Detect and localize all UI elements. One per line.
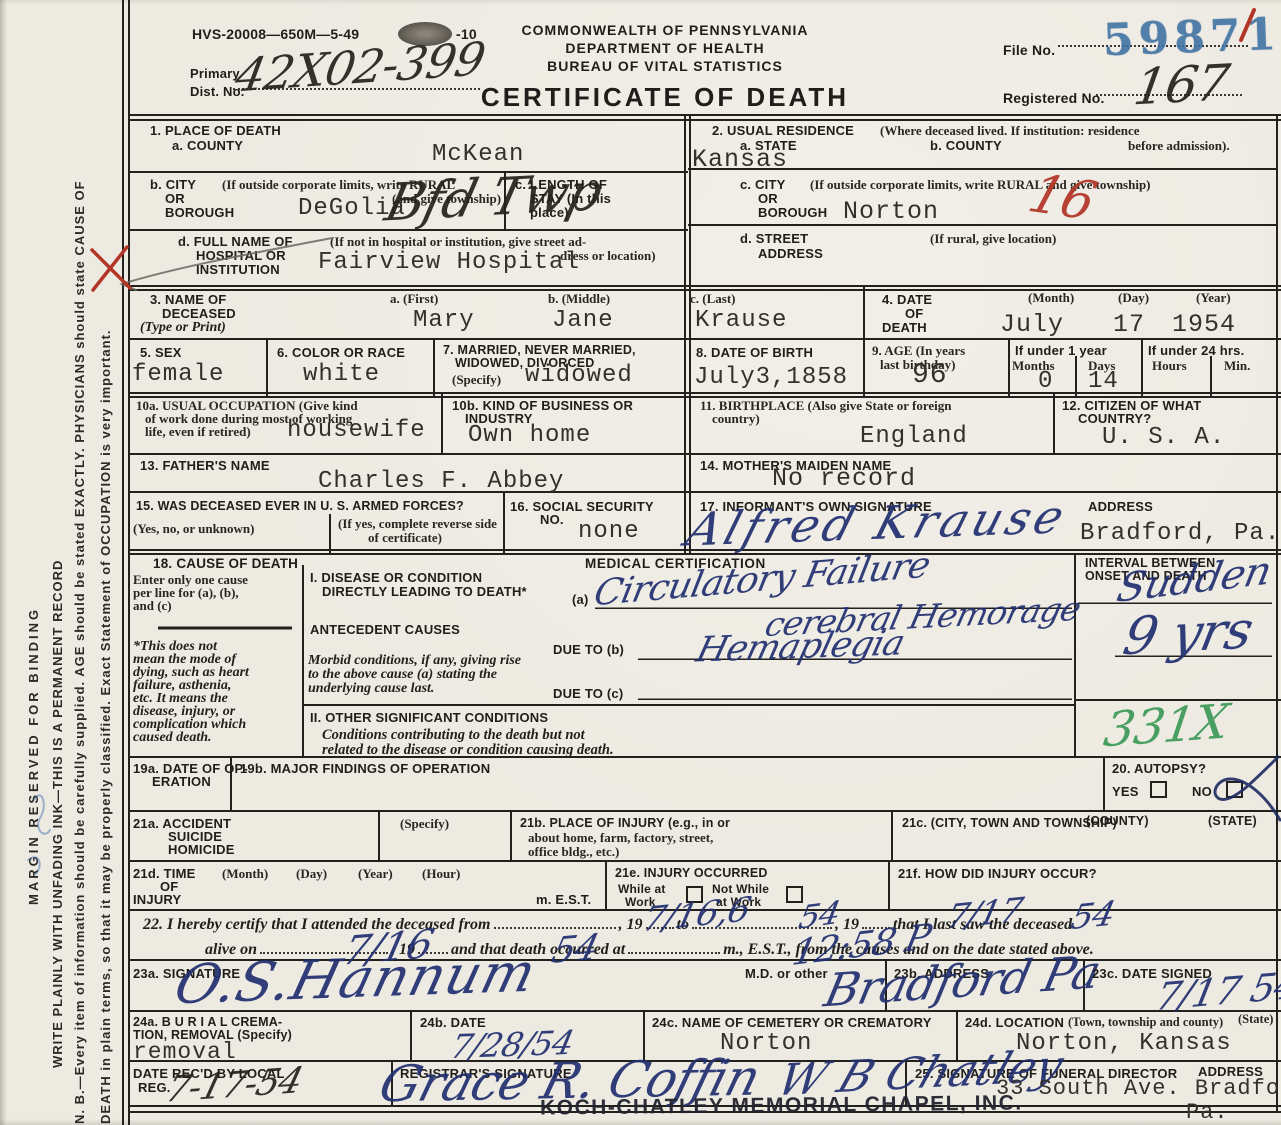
funeral-director-address-line1: 33 South Ave. Bradford, bbox=[996, 1078, 1281, 1100]
primary-label: Primary bbox=[190, 66, 240, 81]
margin-note-binding: MARGIN RESERVED FOR BINDING bbox=[26, 607, 41, 905]
field-21a-specify: (Specify) bbox=[400, 816, 449, 832]
field-2d-label1: d. STREET bbox=[740, 231, 808, 246]
form-code: HVS-20008—650M—5-49 bbox=[192, 26, 359, 43]
field-15-paren1: (Yes, no, or unknown) bbox=[133, 521, 255, 537]
field-16-label1: 16. SOCIAL SECURITY bbox=[510, 499, 654, 514]
field-24d-label: 24d. LOCATION bbox=[965, 1015, 1064, 1030]
date-signed-handwriting: 7/17 54 bbox=[1153, 966, 1281, 1016]
field-3a-value: Mary bbox=[413, 309, 475, 333]
field-9-value: 96 bbox=[912, 362, 948, 390]
field-11-value: England bbox=[860, 425, 968, 449]
field-24d-paren: (Town, township and county) bbox=[1068, 1015, 1223, 1030]
field-19b-label: 19b. MAJOR FINDINGS OF OPERATION bbox=[240, 761, 490, 776]
field-8-label: 8. DATE OF BIRTH bbox=[696, 345, 813, 360]
registered-no-value-handwriting: 167 bbox=[1131, 58, 1232, 113]
field-18-a-label: (a) bbox=[572, 592, 589, 607]
field-1a-value: McKean bbox=[432, 143, 524, 167]
field-13-label: 13. FATHER'S NAME bbox=[140, 458, 270, 473]
margin-note-permanent-record: WRITE PLAINLY WITH UNFADING INK—THIS IS … bbox=[50, 560, 65, 1068]
field-21b-label3: office bldg., etc.) bbox=[528, 844, 619, 860]
field-17-address-value: Bradford, Pa. bbox=[1080, 522, 1280, 546]
field-17-address-label: ADDRESS bbox=[1088, 499, 1153, 514]
due-to-c-label: DUE TO (c) bbox=[553, 686, 623, 701]
red-x-mark bbox=[92, 247, 130, 290]
field-18-i-label2: DIRECTLY LEADING TO DEATH* bbox=[322, 584, 527, 599]
field-21d-label3: INJURY bbox=[133, 892, 181, 907]
field-13-value: Charles F. Abbey bbox=[318, 470, 564, 494]
field-1b-handwriting-overlay: Bfd Twp bbox=[380, 167, 606, 230]
field-3c-value: Krause bbox=[695, 309, 787, 333]
field-21c-state: (STATE) bbox=[1208, 814, 1257, 829]
cause-b2-handwriting: Hemaplegia bbox=[693, 626, 908, 668]
certificate-title: CERTIFICATE OF DEATH bbox=[440, 82, 890, 113]
interval-b-handwriting: 9 yrs bbox=[1119, 605, 1256, 663]
margin-note-nb-line1: N. B.—Every item of information should b… bbox=[72, 180, 87, 1124]
field-21f-label: 21f. HOW DID INJURY OCCUR? bbox=[898, 866, 1097, 881]
field-2d-paren: (If rural, give location) bbox=[930, 231, 1056, 247]
field-2-paren: (Where deceased lived. If institution: r… bbox=[880, 123, 1140, 139]
field-11-label2: country) bbox=[712, 411, 760, 427]
field-5-label: 5. SEX bbox=[140, 345, 182, 360]
field-21d-est: m. E.S.T. bbox=[536, 892, 591, 907]
field-1-title: 1. PLACE OF DEATH bbox=[150, 123, 281, 138]
certify-alive-year-handwriting: 54 bbox=[548, 930, 601, 970]
field-6-value: white bbox=[303, 363, 380, 387]
bureau-line: BUREAU OF VITAL STATISTICS bbox=[455, 58, 875, 75]
date-recd-handwriting: 7-17-54 bbox=[162, 1063, 306, 1108]
field-4-day-value: 17 bbox=[1113, 312, 1145, 337]
field-21e-label: 21e. INJURY OCCURRED bbox=[615, 866, 768, 881]
field-19a-label2: ERATION bbox=[152, 774, 211, 789]
field-2c-borough: BOROUGH bbox=[758, 205, 827, 220]
field-21d-day: (Day) bbox=[296, 866, 327, 882]
field-3b-label: b. (Middle) bbox=[548, 291, 610, 307]
field-14-value: No record bbox=[772, 466, 916, 491]
field-9-under1yr-label: If under 1 year bbox=[1015, 343, 1107, 358]
file-no-label: File No. bbox=[1003, 42, 1055, 59]
autopsy-yes-checkbox bbox=[1150, 781, 1167, 798]
field-9-hours-label: Hours bbox=[1152, 358, 1187, 374]
physician-signature-handwriting: O.S.Hannum bbox=[170, 946, 542, 1012]
field-15-label: 15. WAS DECEASED EVER IN U. S. ARMED FOR… bbox=[136, 499, 464, 514]
field-18-title: 18. CAUSE OF DEATH bbox=[153, 556, 298, 572]
field-1d-paren: (If not in hospital or institution, give… bbox=[330, 234, 586, 250]
field-1d-value: Fairview Hospital bbox=[318, 251, 580, 275]
funeral-home-stamp: KOCH-CHATLEY MEMORIAL CHAPEL, INC. bbox=[540, 1091, 1023, 1120]
dotted-leader bbox=[628, 939, 720, 954]
certify-to-date-handwriting: 7/17 bbox=[943, 893, 1025, 934]
field-3c-label: c. (Last) bbox=[690, 291, 736, 307]
field-9-months-value: 0 bbox=[1038, 370, 1053, 394]
field-21a-label3: HOMICIDE bbox=[168, 842, 235, 857]
field-18-ii-label: II. OTHER SIGNIFICANT CONDITIONS bbox=[310, 710, 548, 725]
field-16-label2: NO. bbox=[540, 512, 564, 527]
field-10b-value: Own home bbox=[468, 424, 591, 448]
field-7-value: widowed bbox=[525, 364, 633, 388]
morbid-note3: underlying cause last. bbox=[308, 680, 434, 698]
field-10a-label3: life, even if retired) bbox=[145, 424, 251, 440]
field-21d-month: (Month) bbox=[222, 866, 268, 882]
field-10a-value: housewife bbox=[287, 419, 426, 443]
field-8-value: July3,1858 bbox=[694, 366, 848, 390]
death-certificate-scan: MARGIN RESERVED FOR BINDING WRITE PLAINL… bbox=[0, 0, 1281, 1125]
registered-no-label: Registered No. bbox=[1003, 90, 1105, 107]
field-4-month-label: (Month) bbox=[1028, 290, 1074, 306]
field-4-title3: DEATH bbox=[882, 320, 927, 335]
field-2b-label: b. COUNTY bbox=[930, 138, 1002, 153]
field-3-title3: (Type or Print) bbox=[140, 319, 226, 337]
field-3a-label: a. (First) bbox=[390, 291, 438, 307]
field-2-paren2: before admission). bbox=[1128, 138, 1230, 154]
field-4-year-label: (Year) bbox=[1196, 290, 1231, 306]
autopsy-no-label: NO bbox=[1192, 784, 1212, 799]
autopsy-pen-mark bbox=[1215, 757, 1280, 820]
margin-note-nb-line2: DEATH in plain terms, so that it may be … bbox=[98, 329, 113, 1124]
field-4-year-value: 1954 bbox=[1172, 312, 1236, 337]
certify-to-year-handwriting: 54 bbox=[1068, 897, 1118, 935]
field-4-day-label: (Day) bbox=[1118, 290, 1149, 306]
field-21c-label1: 21c. (CITY, TOWN AND TOWNSHIP) bbox=[902, 816, 1117, 831]
field-23a-md-label: M.D. or other bbox=[745, 966, 828, 981]
field-5-value: female bbox=[132, 363, 224, 387]
field-18-note1c: and (c) bbox=[133, 598, 172, 614]
field-12-value: U. S. A. bbox=[1102, 426, 1225, 450]
field-4-month-value: July bbox=[1000, 312, 1064, 337]
autopsy-yes-label: YES bbox=[1112, 784, 1139, 799]
aut opsy-no-checkbox bbox=[1226, 781, 1243, 798]
field-24d-state: (State) bbox=[1238, 1012, 1273, 1027]
field-21d-year: (Year) bbox=[358, 866, 393, 882]
field-1b-borough: BOROUGH bbox=[165, 205, 234, 220]
field-3b-value: Jane bbox=[552, 309, 614, 333]
antecedent-causes-label: ANTECEDENT CAUSES bbox=[310, 622, 460, 637]
field-2d-label2: ADDRESS bbox=[758, 246, 823, 261]
informant-signature-handwriting: Alfred Krause bbox=[681, 493, 1073, 552]
green-code-handwriting: 331X bbox=[1101, 698, 1231, 754]
injury-not-while-at-work-checkbox bbox=[786, 886, 803, 903]
field-1d-label3: INSTITUTION bbox=[196, 262, 280, 277]
field-9-min-label: Min. bbox=[1224, 358, 1250, 374]
field-18-ii-note2: related to the disease or condition caus… bbox=[322, 741, 614, 759]
due-to-b-label: DUE TO (b) bbox=[553, 642, 624, 657]
department-line: DEPARTMENT OF HEALTH bbox=[455, 40, 875, 57]
field-24c-label: 24c. NAME OF CEMETERY OR CREMATORY bbox=[652, 1015, 932, 1030]
field-20-label: 20. AUTOPSY? bbox=[1112, 761, 1206, 776]
field-16-value: none bbox=[578, 520, 640, 544]
field-2-title: 2. USUAL RESIDENCE bbox=[712, 123, 854, 138]
field-7-specify: (Specify) bbox=[452, 372, 501, 388]
field-15-paren3: of certificate) bbox=[368, 530, 442, 546]
field-18-note2h: caused death. bbox=[133, 729, 212, 747]
field-2c-value: Norton bbox=[843, 199, 939, 224]
field-21c-county: (COUNTY) bbox=[1086, 814, 1149, 829]
field-24a-value: removal bbox=[133, 1041, 237, 1064]
field-21d-hour: (Hour) bbox=[422, 866, 460, 882]
funeral-director-address-line2: Pa. bbox=[1186, 1102, 1229, 1124]
field-1a-label: a. COUNTY bbox=[172, 138, 243, 153]
field-2a-value: Kansas bbox=[692, 147, 788, 172]
field-6-label: 6. COLOR OR RACE bbox=[277, 345, 405, 360]
field-21b-label1: 21b. PLACE OF INJURY (e.g., in or bbox=[520, 816, 730, 831]
field-9-days-value: 14 bbox=[1088, 370, 1119, 394]
commonwealth-line: COMMONWEALTH OF PENNSYLVANIA bbox=[455, 22, 875, 39]
field-9-under24-label: If under 24 hrs. bbox=[1148, 343, 1244, 358]
